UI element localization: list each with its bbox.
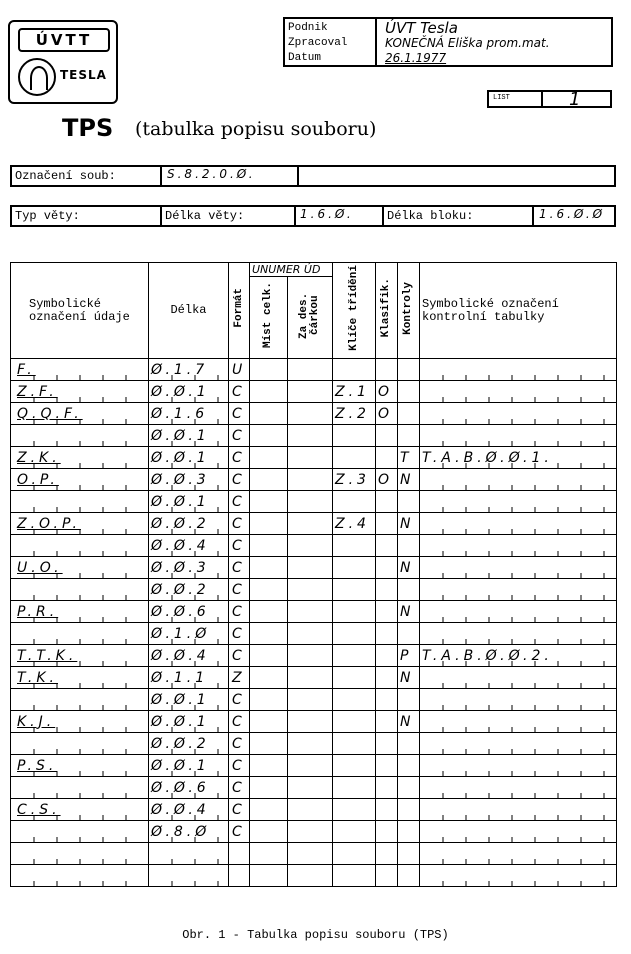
- header-controls: Kontroly: [398, 263, 420, 359]
- file-description-table: Symbolické označení údaje Délka Formát U…: [10, 262, 617, 887]
- table-body: F.Ø.1.7UZ.F.Ø.Ø.1CZ.1OQ.Q.F.Ø.1.6CZ.2OØ.…: [11, 359, 617, 887]
- sheet-label: LIST: [493, 94, 510, 102]
- cell-length: Ø.Ø.6: [149, 601, 229, 623]
- label-zpracoval: Zpracoval: [288, 36, 372, 51]
- cell-sort-key: Z.2: [333, 403, 376, 425]
- cell-total-digits: [250, 359, 288, 381]
- cell-sort-key: [333, 821, 376, 843]
- header-control-table-text: Symbolické označení kontrolní tabulky: [422, 297, 559, 324]
- cell-control-table: [420, 601, 617, 623]
- info-values: ÚVT Tesla KONEČNÁ Eliška prom.mat. 26.1.…: [379, 19, 611, 65]
- cell-format: C: [229, 645, 250, 667]
- divider: [297, 167, 299, 185]
- cell-format: C: [229, 557, 250, 579]
- cell-decimal-digits: [288, 359, 333, 381]
- cell-decimal-digits: [288, 799, 333, 821]
- cell-length: Ø.1.Ø: [149, 623, 229, 645]
- cell-decimal-digits: [288, 689, 333, 711]
- cell-classification: O: [376, 403, 398, 425]
- cell-control: N: [398, 711, 420, 733]
- header-control-table: Symbolické označení kontrolní tabulky: [420, 263, 617, 359]
- cell-symbol: [11, 425, 149, 447]
- cell-classification: [376, 667, 398, 689]
- table-row: K.J.Ø.Ø.1CN: [11, 711, 617, 733]
- cell-decimal-digits: [288, 535, 333, 557]
- cell-control: T: [398, 447, 420, 469]
- table-row: Ø.Ø.2C: [11, 733, 617, 755]
- value-datum: 26.1.1977: [385, 51, 605, 66]
- cell-symbol: P.R.: [11, 601, 149, 623]
- cell-control: N: [398, 601, 420, 623]
- cell-symbol: [11, 535, 149, 557]
- cell-decimal-digits: [288, 755, 333, 777]
- cell-symbol: Q.Q.F.: [11, 403, 149, 425]
- table-row: Ø.Ø.6C: [11, 777, 617, 799]
- cell-classification: [376, 601, 398, 623]
- cell-format: [229, 843, 250, 865]
- info-box: Podnik Zpracoval Datum ÚVT Tesla KONEČNÁ…: [283, 17, 613, 67]
- cell-classification: [376, 447, 398, 469]
- logo-uvtt-text: ÚVTT: [18, 28, 110, 52]
- cell-format: C: [229, 403, 250, 425]
- header-symbol-text: Symbolické označení údaje: [29, 297, 130, 324]
- cell-classification: [376, 821, 398, 843]
- cell-control: [398, 491, 420, 513]
- cell-total-digits: [250, 799, 288, 821]
- sheet-number-box: LIST 1: [487, 90, 612, 108]
- cell-control: [398, 755, 420, 777]
- cell-decimal-digits: [288, 667, 333, 689]
- cell-control: [398, 821, 420, 843]
- header-controls-text: Kontroly: [403, 282, 414, 335]
- header-decimal-digits: Za des. čárkou: [288, 277, 333, 359]
- cell-sort-key: [333, 667, 376, 689]
- table-row: F.Ø.1.7U: [11, 359, 617, 381]
- cell-decimal-digits: [288, 491, 333, 513]
- table-row: U.O.Ø.Ø.3CN: [11, 557, 617, 579]
- cell-symbol: P.S.: [11, 755, 149, 777]
- table-row: O.P.Ø.Ø.3CZ.3ON: [11, 469, 617, 491]
- cell-format: C: [229, 447, 250, 469]
- cell-control-table: [420, 557, 617, 579]
- header-classification-text: Klasifik.: [381, 278, 392, 337]
- cell-length: Ø.Ø.1: [149, 711, 229, 733]
- cell-control-table: [420, 821, 617, 843]
- table-row: P.R.Ø.Ø.6CN: [11, 601, 617, 623]
- cell-sort-key: [333, 557, 376, 579]
- header-decimal-digits-text: Za des. čárkou: [299, 275, 321, 356]
- cell-control: [398, 535, 420, 557]
- table-row: Ø.Ø.1C: [11, 689, 617, 711]
- cell-symbol: O.P.: [11, 469, 149, 491]
- cell-length: Ø.Ø.1: [149, 447, 229, 469]
- cell-length: Ø.Ø.6: [149, 777, 229, 799]
- divider: [160, 167, 162, 185]
- cell-symbol: [11, 623, 149, 645]
- cell-control-table: [420, 623, 617, 645]
- table-row: Ø.Ø.1C: [11, 491, 617, 513]
- cell-total-digits: [250, 491, 288, 513]
- cell-symbol: [11, 689, 149, 711]
- cell-symbol: T.K.: [11, 667, 149, 689]
- divider: [541, 92, 543, 106]
- cell-decimal-digits: [288, 381, 333, 403]
- cell-control: [398, 733, 420, 755]
- cell-control-table: [420, 777, 617, 799]
- cell-control-table: T.A.B.Ø.Ø.1.: [420, 447, 617, 469]
- cell-format: C: [229, 689, 250, 711]
- table-row: [11, 843, 617, 865]
- cell-control-table: [420, 469, 617, 491]
- cell-sort-key: [333, 491, 376, 513]
- cell-classification: [376, 645, 398, 667]
- cell-format: C: [229, 491, 250, 513]
- table-row: C.S.Ø.Ø.4C: [11, 799, 617, 821]
- cell-symbol: [11, 579, 149, 601]
- logo-tesla-text: TESLA: [60, 68, 107, 82]
- cell-length: Ø.Ø.3: [149, 557, 229, 579]
- table-row: Ø.1.ØC: [11, 623, 617, 645]
- cell-total-digits: [250, 403, 288, 425]
- cell-sort-key: [333, 799, 376, 821]
- header-total-digits: Míst celk.: [250, 277, 288, 359]
- cell-total-digits: [250, 755, 288, 777]
- cell-format: C: [229, 821, 250, 843]
- cell-sort-key: [333, 777, 376, 799]
- cell-control-table: [420, 799, 617, 821]
- cell-control-table: [420, 755, 617, 777]
- cell-classification: [376, 359, 398, 381]
- cell-control-table: [420, 535, 617, 557]
- label-datum: Datum: [288, 51, 372, 66]
- tesla-emblem-icon: [18, 58, 56, 96]
- cell-total-digits: [250, 711, 288, 733]
- cell-control-table: [420, 579, 617, 601]
- cell-classification: [376, 733, 398, 755]
- header-length: Délka: [149, 263, 229, 359]
- cell-decimal-digits: [288, 447, 333, 469]
- header-sort-keys-text: Klíče třídění: [349, 265, 360, 351]
- cell-control-table: T.A.B.Ø.Ø.2.: [420, 645, 617, 667]
- cell-total-digits: [250, 865, 288, 887]
- cell-classification: [376, 557, 398, 579]
- cell-control: [398, 381, 420, 403]
- cell-format: C: [229, 777, 250, 799]
- cell-total-digits: [250, 447, 288, 469]
- file-designation-label: Označení soub:: [12, 167, 160, 185]
- cell-symbol: F.: [11, 359, 149, 381]
- cell-control: [398, 843, 420, 865]
- cell-format: C: [229, 513, 250, 535]
- cell-format: C: [229, 623, 250, 645]
- cell-control: P: [398, 645, 420, 667]
- cell-classification: [376, 755, 398, 777]
- cell-control-table: [420, 381, 617, 403]
- cell-decimal-digits: [288, 623, 333, 645]
- cell-decimal-digits: [288, 579, 333, 601]
- cell-control: N: [398, 557, 420, 579]
- record-length-value: 1.6.Ø.: [297, 205, 354, 223]
- cell-symbol: C.S.: [11, 799, 149, 821]
- cell-sort-key: [333, 755, 376, 777]
- cell-total-digits: [250, 557, 288, 579]
- cell-decimal-digits: [288, 777, 333, 799]
- header-total-digits-text: Míst celk.: [263, 282, 274, 348]
- cell-control-table: [420, 711, 617, 733]
- cell-classification: [376, 777, 398, 799]
- uvtt-tesla-logo: ÚVTT TESLA: [8, 20, 118, 104]
- cell-format: C: [229, 799, 250, 821]
- header-length-text: Délka: [170, 303, 206, 317]
- table-row: Z.K.Ø.Ø.1CTT.A.B.Ø.Ø.1.: [11, 447, 617, 469]
- file-designation-value: S.8.2.0.Ø.: [164, 165, 256, 183]
- cell-sort-key: Z.4: [333, 513, 376, 535]
- cell-total-digits: [250, 579, 288, 601]
- cell-sort-key: [333, 645, 376, 667]
- cell-control-table: [420, 425, 617, 447]
- cell-total-digits: [250, 689, 288, 711]
- cell-symbol: U.O.: [11, 557, 149, 579]
- cell-total-digits: [250, 623, 288, 645]
- cell-symbol: [11, 777, 149, 799]
- cell-control: N: [398, 469, 420, 491]
- cell-symbol: [11, 491, 149, 513]
- cell-symbol: [11, 821, 149, 843]
- record-info-row: Typ věty: Délka věty: 1.6.Ø. Délka bloku…: [10, 205, 616, 227]
- value-podnik: ÚVT Tesla: [385, 21, 605, 36]
- cell-format: C: [229, 601, 250, 623]
- cell-decimal-digits: [288, 711, 333, 733]
- cell-format: C: [229, 381, 250, 403]
- cell-control-table: [420, 403, 617, 425]
- header-format: Formát: [229, 263, 250, 359]
- cell-length: Ø.Ø.1: [149, 491, 229, 513]
- cell-total-digits: [250, 733, 288, 755]
- header-format-text: Formát: [234, 288, 245, 328]
- cell-sort-key: [333, 425, 376, 447]
- cell-control: [398, 865, 420, 887]
- cell-classification: [376, 425, 398, 447]
- cell-format: C: [229, 579, 250, 601]
- cell-sort-key: [333, 447, 376, 469]
- page-subtitle: (tabulka popisu souboru): [135, 118, 376, 140]
- cell-sort-key: [333, 623, 376, 645]
- cell-total-digits: [250, 381, 288, 403]
- cell-format: [229, 865, 250, 887]
- label-podnik: Podnik: [288, 21, 372, 36]
- cell-control: [398, 359, 420, 381]
- table-row: Q.Q.F.Ø.1.6CZ.2O: [11, 403, 617, 425]
- cell-decimal-digits: [288, 821, 333, 843]
- cell-classification: [376, 623, 398, 645]
- cell-control: [398, 623, 420, 645]
- cell-classification: O: [376, 469, 398, 491]
- cell-total-digits: [250, 777, 288, 799]
- cell-control: [398, 425, 420, 447]
- cell-format: U: [229, 359, 250, 381]
- info-labels: Podnik Zpracoval Datum: [285, 19, 377, 65]
- cell-classification: O: [376, 381, 398, 403]
- cell-format: C: [229, 535, 250, 557]
- cell-classification: [376, 865, 398, 887]
- cell-length: [149, 865, 229, 887]
- table-row: T.T.K.Ø.Ø.4CPT.A.B.Ø.Ø.2.: [11, 645, 617, 667]
- cell-sort-key: [333, 711, 376, 733]
- cell-format: Z: [229, 667, 250, 689]
- cell-classification: [376, 711, 398, 733]
- cell-symbol: K.J.: [11, 711, 149, 733]
- cell-sort-key: Z.1: [333, 381, 376, 403]
- cell-length: [149, 843, 229, 865]
- cell-control: [398, 689, 420, 711]
- cell-control-table: [420, 667, 617, 689]
- cell-symbol: [11, 733, 149, 755]
- cell-sort-key: [333, 733, 376, 755]
- cell-total-digits: [250, 513, 288, 535]
- table-row: Z.O.P.Ø.Ø.2CZ.4N: [11, 513, 617, 535]
- table-row: Ø.Ø.2C: [11, 579, 617, 601]
- record-type-label: Typ věty:: [12, 207, 80, 225]
- cell-control-table: [420, 513, 617, 535]
- cell-control-table: [420, 843, 617, 865]
- table-row: Ø.Ø.4C: [11, 535, 617, 557]
- cell-control-table: [420, 689, 617, 711]
- file-designation-row: Označení soub: S.8.2.0.Ø.: [10, 165, 616, 187]
- cell-sort-key: [333, 601, 376, 623]
- cell-length: Ø.Ø.1: [149, 689, 229, 711]
- cell-classification: [376, 843, 398, 865]
- cell-length: Ø.Ø.1: [149, 425, 229, 447]
- cell-decimal-digits: [288, 843, 333, 865]
- cell-format: C: [229, 711, 250, 733]
- cell-length: Ø.Ø.4: [149, 535, 229, 557]
- cell-decimal-digits: [288, 403, 333, 425]
- cell-length: Ø.Ø.4: [149, 799, 229, 821]
- header-classification: Klasifik.: [376, 263, 398, 359]
- cell-decimal-digits: [288, 469, 333, 491]
- table-row: Ø.Ø.1C: [11, 425, 617, 447]
- cell-format: C: [229, 755, 250, 777]
- header-symbol: Symbolické označení údaje: [11, 263, 149, 359]
- cell-decimal-digits: [288, 557, 333, 579]
- cell-length: Ø.Ø.1: [149, 381, 229, 403]
- cell-sort-key: [333, 865, 376, 887]
- table-row: T.K.Ø.1.1ZN: [11, 667, 617, 689]
- cell-length: Ø.1.6: [149, 403, 229, 425]
- cell-sort-key: [333, 535, 376, 557]
- cell-classification: [376, 579, 398, 601]
- cell-total-digits: [250, 535, 288, 557]
- cell-classification: [376, 513, 398, 535]
- sheet-number: 1: [569, 89, 580, 110]
- cell-decimal-digits: [288, 865, 333, 887]
- table-row: [11, 865, 617, 887]
- cell-sort-key: [333, 359, 376, 381]
- record-length-label: Délka věty:: [162, 207, 244, 225]
- cell-symbol: [11, 843, 149, 865]
- cell-classification: [376, 535, 398, 557]
- cell-control-table: [420, 491, 617, 513]
- record-type-value: [132, 207, 135, 225]
- table-row: Z.F.Ø.Ø.1CZ.1O: [11, 381, 617, 403]
- cell-length: Ø.Ø.2: [149, 513, 229, 535]
- cell-control: [398, 799, 420, 821]
- cell-control-table: [420, 359, 617, 381]
- cell-length: Ø.Ø.3: [149, 469, 229, 491]
- cell-control: [398, 777, 420, 799]
- cell-decimal-digits: [288, 645, 333, 667]
- cell-decimal-digits: [288, 733, 333, 755]
- cell-length: Ø.1.1: [149, 667, 229, 689]
- block-length-value: 1.6.Ø.Ø: [536, 205, 605, 223]
- cell-total-digits: [250, 601, 288, 623]
- cell-control-table: [420, 733, 617, 755]
- table-row: P.S.Ø.Ø.1C: [11, 755, 617, 777]
- cell-total-digits: [250, 425, 288, 447]
- cell-format: C: [229, 733, 250, 755]
- cell-classification: [376, 799, 398, 821]
- cell-symbol: Z.K.: [11, 447, 149, 469]
- cell-length: Ø.8.Ø: [149, 821, 229, 843]
- cell-sort-key: [333, 843, 376, 865]
- cell-classification: [376, 689, 398, 711]
- cell-total-digits: [250, 843, 288, 865]
- cell-total-digits: [250, 667, 288, 689]
- cell-control-table: [420, 865, 617, 887]
- figure-caption: Obr. 1 - Tabulka popisu souboru (TPS): [0, 928, 631, 942]
- cell-length: Ø.Ø.1: [149, 755, 229, 777]
- cell-decimal-digits: [288, 601, 333, 623]
- cell-control: N: [398, 667, 420, 689]
- cell-control: N: [398, 513, 420, 535]
- cell-symbol: [11, 865, 149, 887]
- cell-total-digits: [250, 469, 288, 491]
- divider: [294, 207, 296, 225]
- divider: [532, 207, 534, 225]
- cell-format: C: [229, 425, 250, 447]
- cell-symbol: Z.F.: [11, 381, 149, 403]
- cell-total-digits: [250, 645, 288, 667]
- cell-total-digits: [250, 821, 288, 843]
- cell-length: Ø.Ø.2: [149, 579, 229, 601]
- cell-sort-key: Z.3: [333, 469, 376, 491]
- cell-symbol: Z.O.P.: [11, 513, 149, 535]
- cell-control: [398, 579, 420, 601]
- cell-control: [398, 403, 420, 425]
- cell-symbol: T.T.K.: [11, 645, 149, 667]
- header-sort-keys: Klíče třídění: [333, 263, 376, 359]
- value-zpracoval: KONEČNÁ Eliška prom.mat.: [385, 36, 605, 51]
- cell-sort-key: [333, 579, 376, 601]
- cell-format: C: [229, 469, 250, 491]
- cell-decimal-digits: [288, 425, 333, 447]
- cell-sort-key: [333, 689, 376, 711]
- cell-length: Ø.1.7: [149, 359, 229, 381]
- table-row: Ø.8.ØC: [11, 821, 617, 843]
- block-length-label: Délka bloku:: [384, 207, 473, 225]
- page-title: TPS: [62, 114, 113, 142]
- cell-classification: [376, 491, 398, 513]
- cell-length: Ø.Ø.2: [149, 733, 229, 755]
- cell-length: Ø.Ø.4: [149, 645, 229, 667]
- cell-decimal-digits: [288, 513, 333, 535]
